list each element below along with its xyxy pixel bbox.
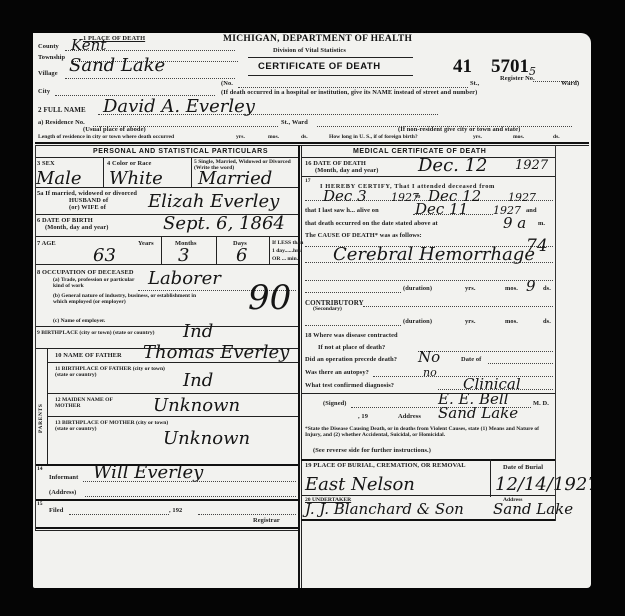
last-saw-text: that I last saw h... alive on (305, 207, 379, 214)
father-label: 10 NAME OF FATHER (55, 352, 122, 359)
no-label: (No. (221, 80, 233, 87)
spouse-label-2: HUSBAND of (69, 197, 108, 204)
parents-label: PARENTS (38, 404, 44, 433)
yrs-label: yrs. (473, 134, 482, 140)
occupation-label: 8 OCCUPATION OF DECEASED (37, 269, 134, 276)
less-than-label: If LESS than (272, 240, 303, 246)
spouse-label-1: 5a If married, widowed or divorced (37, 190, 137, 197)
mos-label: mos. (268, 134, 279, 140)
date-of-death-year: 1927 (515, 158, 548, 173)
us-residence-label: How long in U. S., if of foreign birth? (329, 134, 418, 140)
nonresident-note: (If non-resident give city or town and s… (398, 126, 520, 133)
divider (248, 75, 413, 76)
yrs-label: yrs. (465, 285, 476, 292)
signed-label: (Signed) (323, 400, 347, 407)
length-residence-label: Length of residence in city or town wher… (38, 134, 174, 140)
mos-label: mos. (505, 318, 518, 325)
division-label: Division of Vital Statistics (273, 47, 346, 54)
yrs-label: yrs. (236, 134, 245, 140)
mother-label: 12 MAIDEN NAME OF MOTHER (55, 397, 135, 409)
birthplace-value: Ind (183, 321, 213, 342)
cause-footnote: *State the Disease Causing Death, or in … (305, 426, 555, 438)
registrar-label: Registrar (253, 517, 280, 524)
residence-sublabel: (Usual place of abode) (83, 126, 146, 133)
burial-date-value: 12/14/1927 (495, 474, 591, 495)
informant-address-label: (Address) (49, 489, 76, 496)
to-label: to (415, 193, 421, 200)
dob-label: 6 DATE OF BIRTH (37, 217, 93, 224)
operation-label: Did an operation precede death? (305, 356, 397, 363)
years-label: Years (138, 240, 154, 247)
yrs-label: yrs. (465, 318, 476, 325)
duration-label: (duration) (403, 285, 432, 292)
st-label: St., (470, 80, 479, 87)
last-saw-value: Dec 11 (415, 200, 468, 218)
undertaker-value: J. J. Blanchard & Son (305, 500, 464, 518)
months-value: 3 (178, 245, 189, 266)
birthplace-label: 9 BIRTHPLACE (city or town) (state or co… (37, 330, 157, 336)
informant-label: Informant (49, 474, 78, 481)
father-value: Thomas Everley (143, 342, 289, 363)
certificate-title: CERTIFICATE OF DEATH (258, 61, 381, 72)
days-value: 6 (236, 245, 247, 266)
father-birthplace-label: 11 BIRTHPLACE OF FATHER (city or town) (… (55, 366, 175, 378)
age-label: 7 AGE (37, 240, 56, 247)
medical-section-title: MEDICAL CERTIFICATE OF DEATH (353, 148, 486, 155)
not-at-place-label: If not at place of death? (318, 344, 385, 351)
mos-label: mos. (513, 134, 524, 140)
ward-label: Ward) (561, 80, 579, 87)
date-of-death-label: 16 DATE OF DEATH (305, 160, 366, 167)
ds-label: ds. (543, 318, 551, 325)
county-label: County (38, 43, 59, 50)
village-label: Village (38, 70, 58, 77)
item-18-label: 18 Where was disease contracted (305, 332, 398, 339)
duration-label: (duration) (403, 318, 432, 325)
informant-value: Will Everley (93, 462, 203, 483)
less-than-day: 1 day......hrs. (272, 248, 302, 254)
death-time-value: 9 a (503, 214, 526, 232)
occupation-c-label: (c) Name of employer. (53, 318, 105, 324)
instructions-note: (See reverse side for further instructio… (313, 447, 431, 454)
ds-label: ds. (543, 285, 551, 292)
filed-year: , 192 (169, 507, 182, 514)
death-certificate: 1 PLACE OF DEATH MICHIGAN, DEPARTMENT OF… (33, 33, 591, 588)
cause-code: 74 (526, 236, 548, 256)
year-19-label: , 19 (358, 413, 368, 420)
years-value: 63 (93, 245, 116, 266)
physician-address-value: Sand Lake (438, 404, 518, 422)
mos-label: mos. (505, 285, 518, 292)
occupation-a-label: (a) Trade, profession or particular kind… (53, 277, 138, 289)
operation-value: No (418, 348, 440, 366)
undertaker-address-value: Sand Lake (493, 500, 573, 518)
ds-label: ds. (301, 134, 308, 140)
test-label: What test confirmed diagnosis? (305, 382, 394, 389)
hospital-note: (If death occurred in a hospital or inst… (221, 89, 477, 96)
ds-label: ds. (553, 134, 560, 140)
register-label: Register No. (500, 75, 535, 82)
attended-from-value: Dec 3 (323, 187, 367, 205)
contributory-sublabel: (Secondary) (313, 306, 342, 312)
father-birthplace-value: Ind (183, 370, 213, 391)
sex-value: Male (36, 168, 82, 189)
race-label: 4 Color or Race (107, 160, 151, 167)
autopsy-label: Was there an autopsy? (305, 369, 369, 376)
autopsy-value: no (423, 366, 437, 379)
personal-section-title: PERSONAL AND STATISTICAL PARTICULARS (93, 148, 268, 155)
register-prefix: 41 (453, 56, 472, 78)
duration-days-value: 9 (526, 277, 536, 295)
death-time-text: that death occurred on the date stated a… (305, 220, 438, 227)
marital-value: Married (198, 168, 272, 189)
village-value: Sand Lake (69, 55, 165, 76)
county-value: Kent (71, 36, 106, 54)
informant-number: 14 (37, 466, 43, 472)
township-label: Township (38, 54, 65, 61)
mother-birthplace-label: 13 BIRTHPLACE OF MOTHER (city or town) (… (55, 420, 175, 432)
occupation-a-value: Laborer (148, 268, 221, 289)
residence-label: a) Residence No. (38, 119, 85, 126)
race-value: White (109, 168, 163, 189)
burial-place-label: 19 PLACE OF BURIAL, CREMATION, OR REMOVA… (305, 462, 475, 469)
dob-sublabel: (Month, day and year) (45, 224, 109, 231)
cause-of-death-label: The CAUSE OF DEATH* was as follows: (305, 232, 422, 239)
spouse-value: Elizah Everley (148, 191, 279, 212)
full-name-label: 2 FULL NAME (38, 106, 86, 114)
item-17: 17 (305, 178, 311, 184)
physician-address-label: Address (398, 413, 421, 420)
burial-place-value: East Nelson (305, 474, 415, 495)
m-label: m. (538, 220, 545, 227)
date-of-death-sublabel: (Month, day and year) (315, 167, 379, 174)
residence-st-label: St., Ward (281, 119, 308, 126)
filed-label: Filed (49, 507, 63, 514)
divider (248, 57, 413, 58)
md-label: M. D. (533, 400, 549, 407)
sex-label: 3 SEX (37, 160, 55, 167)
date-of-label: Date of (461, 356, 481, 363)
occupation-b-label: (b) General nature of industry, business… (53, 293, 203, 305)
mother-value: Unknown (153, 395, 240, 416)
burial-date-label: Date of Burial (503, 464, 543, 471)
filed-number: 15 (37, 501, 43, 507)
city-label: City (38, 88, 50, 95)
and-label: and (526, 207, 537, 214)
spouse-label-3: (or) WIFE of (69, 204, 106, 211)
mother-birthplace-value: Unknown (163, 428, 250, 449)
date-of-death-value: Dec. 12 (418, 155, 488, 176)
less-than-min: OR ... min. (272, 256, 298, 262)
dob-value: Sept. 6, 1864 (163, 213, 285, 234)
department-title: MICHIGAN, DEPARTMENT OF HEALTH (223, 34, 412, 44)
margin-code: 90 (248, 278, 291, 318)
attended-to-year: 1927 (508, 191, 536, 204)
